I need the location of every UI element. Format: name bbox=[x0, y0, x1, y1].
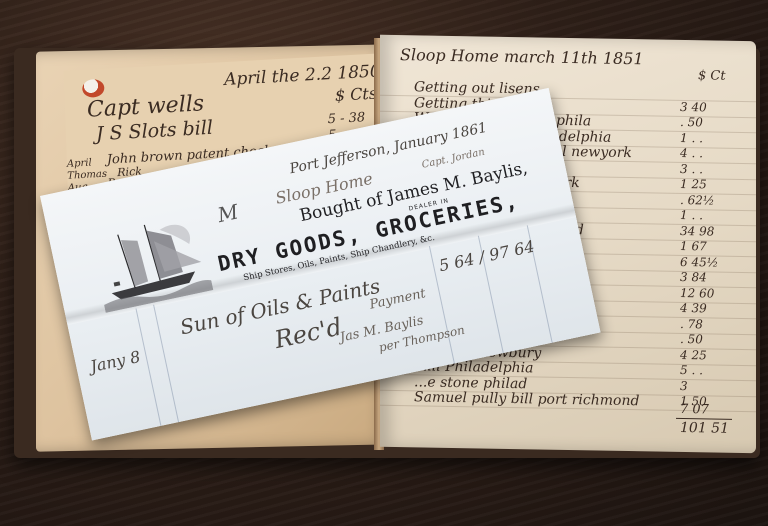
right-entry-amount: 1 67 bbox=[680, 239, 707, 253]
right-heading: Sloop Home march 11th 1851 bbox=[400, 45, 644, 68]
right-entry-amount: 3 84 bbox=[680, 270, 707, 284]
right-entry-amount: 3 40 bbox=[680, 99, 707, 113]
right-entry-amount: 1 . . bbox=[680, 130, 703, 144]
right-entry-amount: 12 60 bbox=[680, 285, 714, 300]
right-entry-amount: 3 bbox=[680, 378, 688, 392]
right-total: 101 51 bbox=[680, 420, 729, 437]
right-entry-amount: 34 98 bbox=[680, 223, 714, 238]
right-column-header: $ Ct bbox=[698, 68, 726, 83]
left-entry-date: April bbox=[67, 158, 92, 170]
right-entry-amount: 1 . . bbox=[680, 208, 703, 222]
right-entry-amount: . 78 bbox=[680, 316, 703, 330]
right-last-amount: 7 07 bbox=[680, 402, 709, 418]
left-column-header: $ Cts bbox=[335, 84, 378, 105]
wax-seal-icon bbox=[82, 79, 105, 98]
right-entry-amount: 4 . . bbox=[680, 146, 703, 160]
right-entry-amount: 4 25 bbox=[680, 347, 707, 361]
photo-scene: April the 2.2 1850 Capt wells $ Cts J S … bbox=[0, 0, 768, 526]
left-entry-amount: 5 - 38 bbox=[327, 110, 365, 127]
right-entry-amount: 1 25 bbox=[680, 177, 707, 191]
right-entry-amount: 3 . . bbox=[680, 161, 703, 175]
right-entry-amount: . 50 bbox=[680, 115, 703, 129]
right-entry-amount: 6 45½ bbox=[680, 254, 718, 269]
right-entry-amount: 4 39 bbox=[680, 301, 707, 315]
right-entry-amount: . 50 bbox=[680, 332, 703, 346]
left-entry-date: Thomas bbox=[67, 169, 107, 182]
right-entry-amount: . 62½ bbox=[680, 192, 715, 207]
right-entry-amount: 5 . . bbox=[680, 363, 703, 377]
